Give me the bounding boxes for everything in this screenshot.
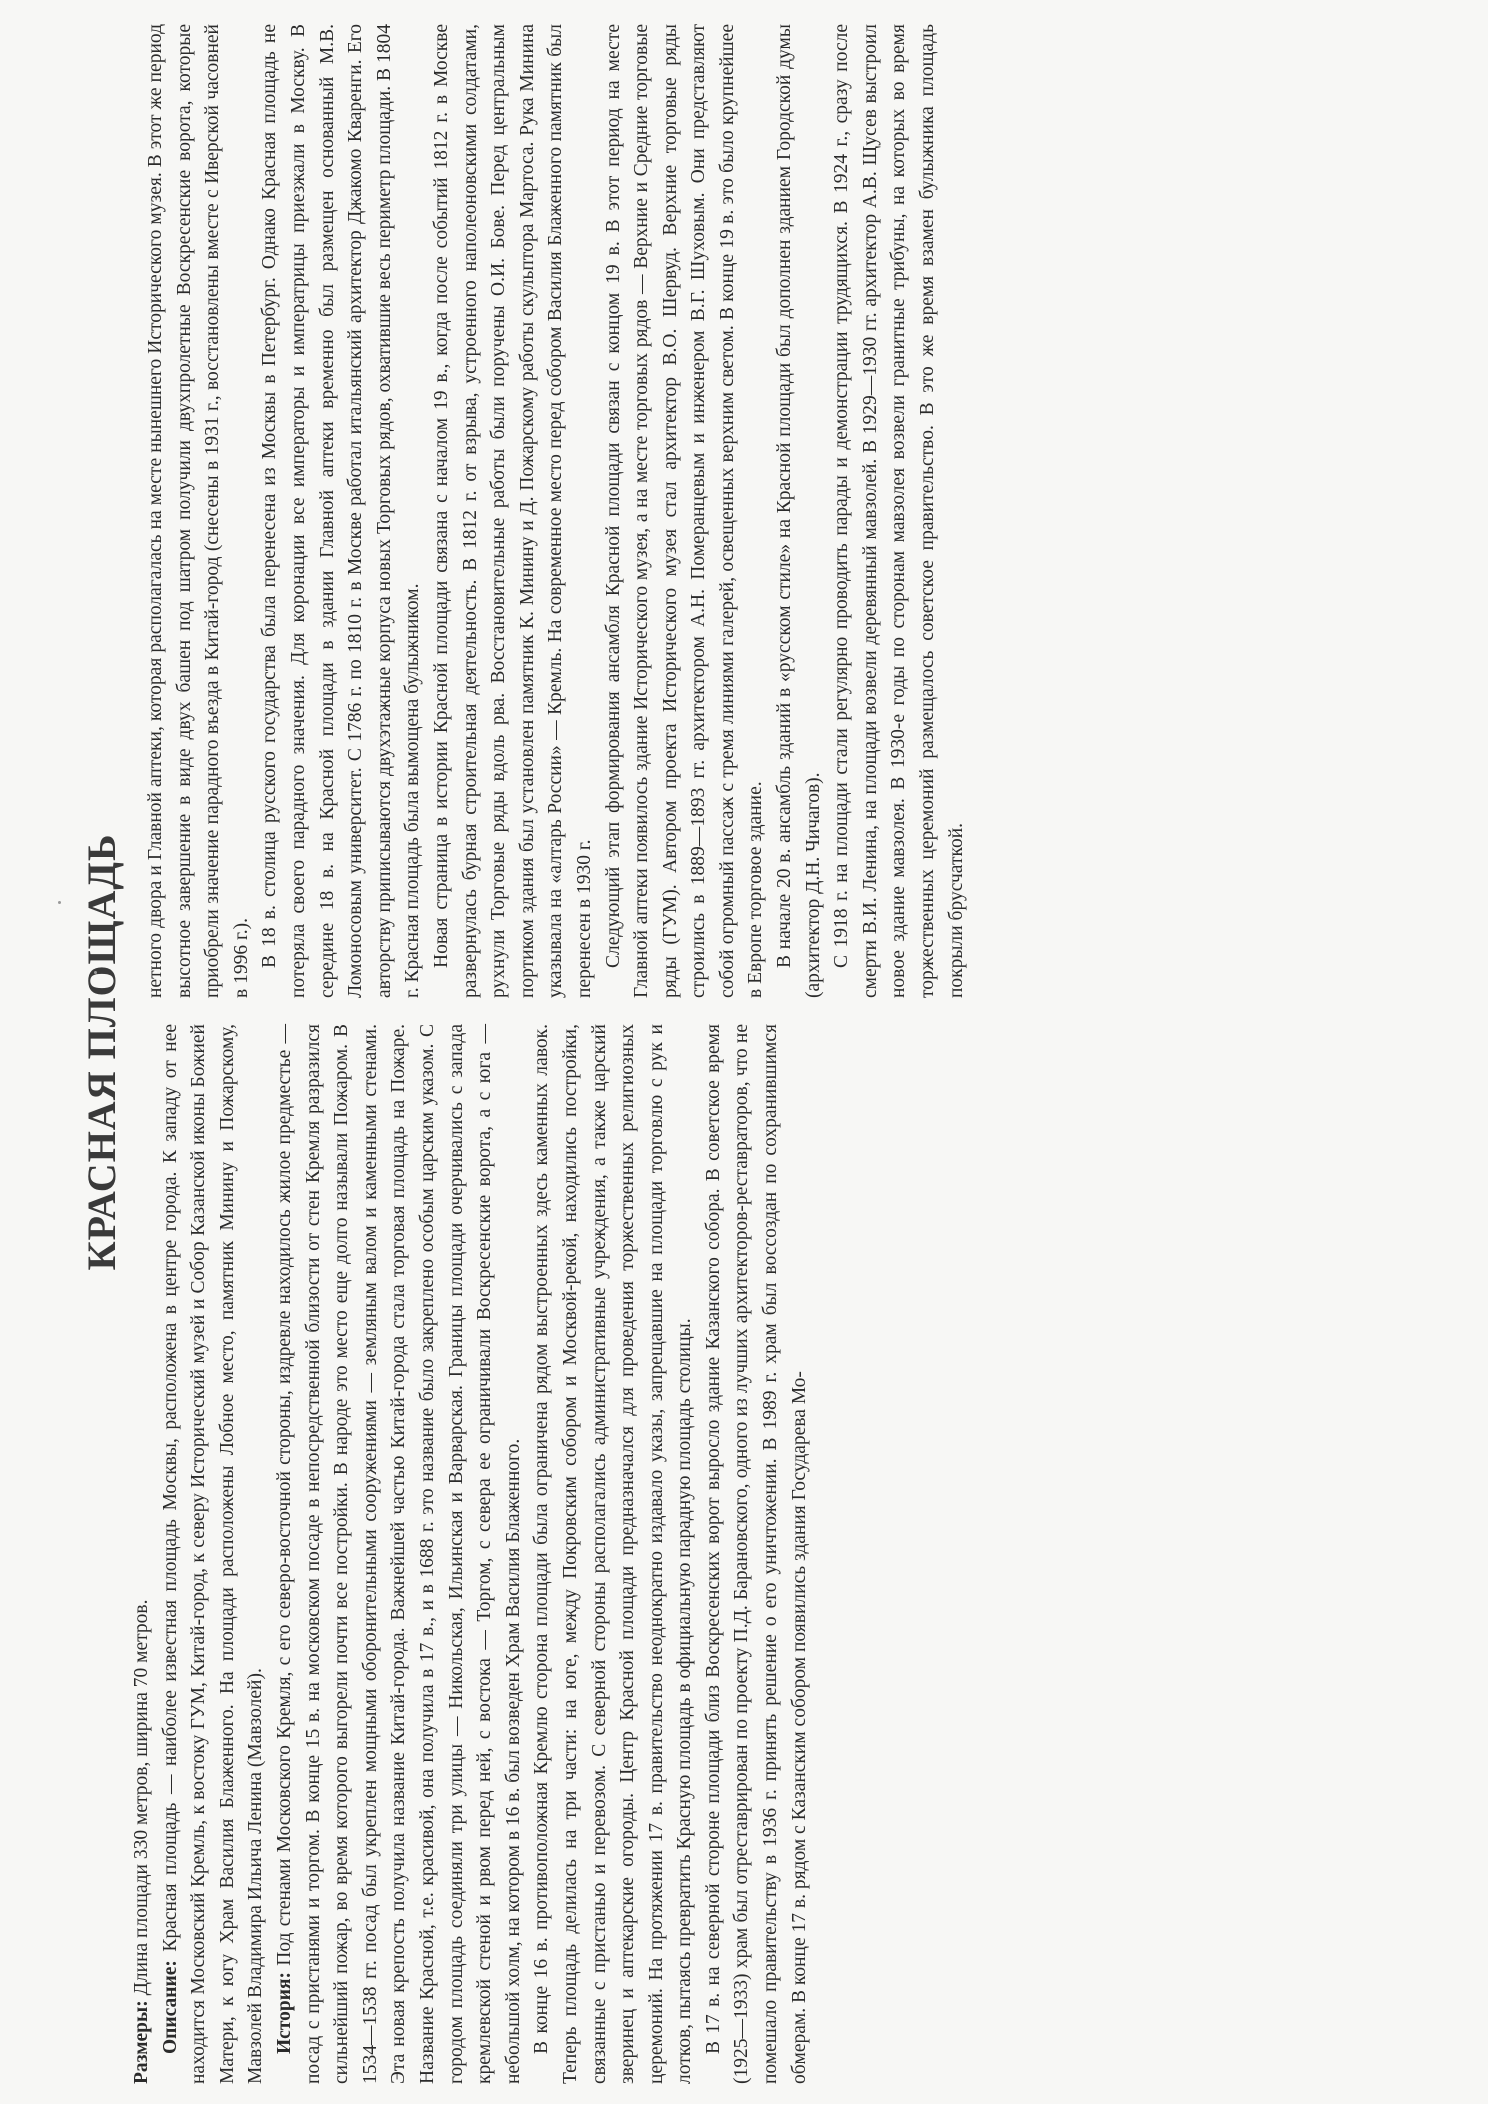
label-dimensions: Размеры: xyxy=(131,2000,152,2084)
paragraph-soviet-era: С 1918 г. на площади стали регулярно про… xyxy=(828,24,971,998)
scan-speck xyxy=(94,971,97,974)
text-description: Красная площадь — наиболее известная пло… xyxy=(160,1024,267,2084)
left-column: Размеры: Длина площади 330 метров, ширин… xyxy=(128,1024,814,2084)
scan-speck xyxy=(58,901,61,904)
paragraph-20th-century: В начале 20 в. ансамбль зданий в «русско… xyxy=(771,24,828,998)
paragraph-16th-century: В конце 16 в. противоположная Кремлю сто… xyxy=(528,1024,700,2084)
document-page: КРАСНАЯ ПЛОЩАДЬ Размеры: Длина площади 3… xyxy=(0,0,1488,2104)
page-title: КРАСНАЯ ПЛОЩАДЬ xyxy=(78,0,125,2104)
label-history: История: xyxy=(274,1972,295,2054)
paragraph-history: История: Под стенами Московского Кремля,… xyxy=(271,1024,528,2084)
right-column: нетного двора и Главной аптеки, которая … xyxy=(142,24,971,998)
paragraph-continuation: нетного двора и Главной аптеки, которая … xyxy=(142,24,256,998)
paragraph-18th-century: В 18 в. столица русского государства был… xyxy=(256,24,428,998)
paragraph-19th-century-end: Следующий этап формирования ансамбля Кра… xyxy=(600,24,772,998)
label-description: Описание: xyxy=(160,1960,181,2054)
text-17th-century: В 17 в. на северной стороне площади близ… xyxy=(703,1024,810,2084)
paragraph-dimensions: Размеры: Длина площади 330 метров, ширин… xyxy=(128,1024,157,2084)
paragraph-17th-century: В 17 в. на северной стороне площади близ… xyxy=(700,1024,814,2084)
paragraph-description: Описание: Красная площадь — наиболее изв… xyxy=(157,1024,271,2084)
text-history: Под стенами Московского Кремля, с его се… xyxy=(274,1024,524,2084)
text-dimensions: Длина площади 330 метров, ширина 70 метр… xyxy=(131,1599,152,2000)
paragraph-19th-century-start: Новая страница в истории Красной площади… xyxy=(428,24,600,998)
